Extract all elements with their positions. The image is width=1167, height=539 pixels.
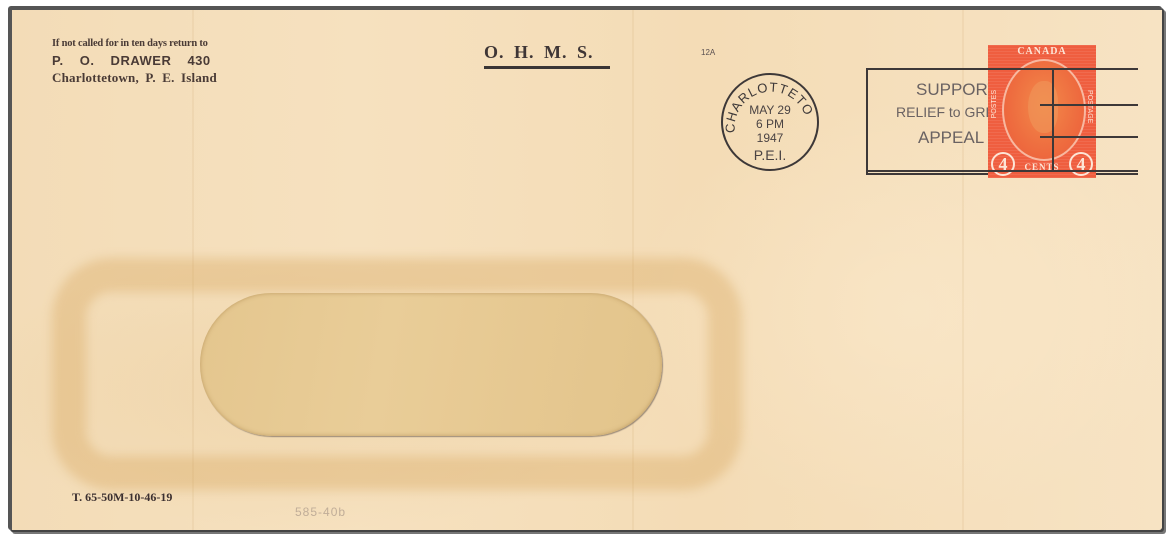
return-drawer: P. O. DRAWER 430	[52, 53, 217, 68]
postmark-small-mark: 12A	[701, 48, 715, 57]
postmark-circle: CHARLOTTETOWN MAY 29 6 PM 1947 P.E.I.	[721, 73, 819, 171]
cancel-bar	[1040, 136, 1138, 138]
stamp-side-right: POSTAGE	[1086, 90, 1093, 123]
postmark-province: P.E.I.	[723, 147, 817, 163]
cancel-bar	[1040, 104, 1138, 106]
stamp-country: CANADA	[988, 46, 1096, 57]
return-city: Charlottetown, P. E. Island	[52, 70, 217, 86]
postmark-time: 6 PM	[723, 117, 817, 131]
return-note: If not called for in ten days return to	[52, 38, 217, 49]
cancel-bar	[866, 170, 1138, 172]
cancel-bar	[1052, 68, 1054, 172]
ohms-header: O. H. M. S.	[484, 42, 594, 63]
address-window	[200, 293, 662, 436]
stamp-side-left: POSTES	[991, 90, 998, 118]
ohms-underline	[484, 66, 610, 69]
postmark-year: 1947	[723, 131, 817, 145]
pencil-note: 585-40b	[295, 505, 346, 519]
postage-stamp: CANADA POSTES POSTAGE 4 4 CENTS	[988, 45, 1096, 178]
form-code: T. 65-50M-10-46-19	[72, 490, 172, 505]
postmark-date: MAY 29	[723, 103, 817, 117]
return-address: If not called for in ten days return to …	[52, 38, 217, 86]
cancel-bar	[866, 68, 1138, 70]
stamp-portrait-oval	[1002, 59, 1086, 161]
